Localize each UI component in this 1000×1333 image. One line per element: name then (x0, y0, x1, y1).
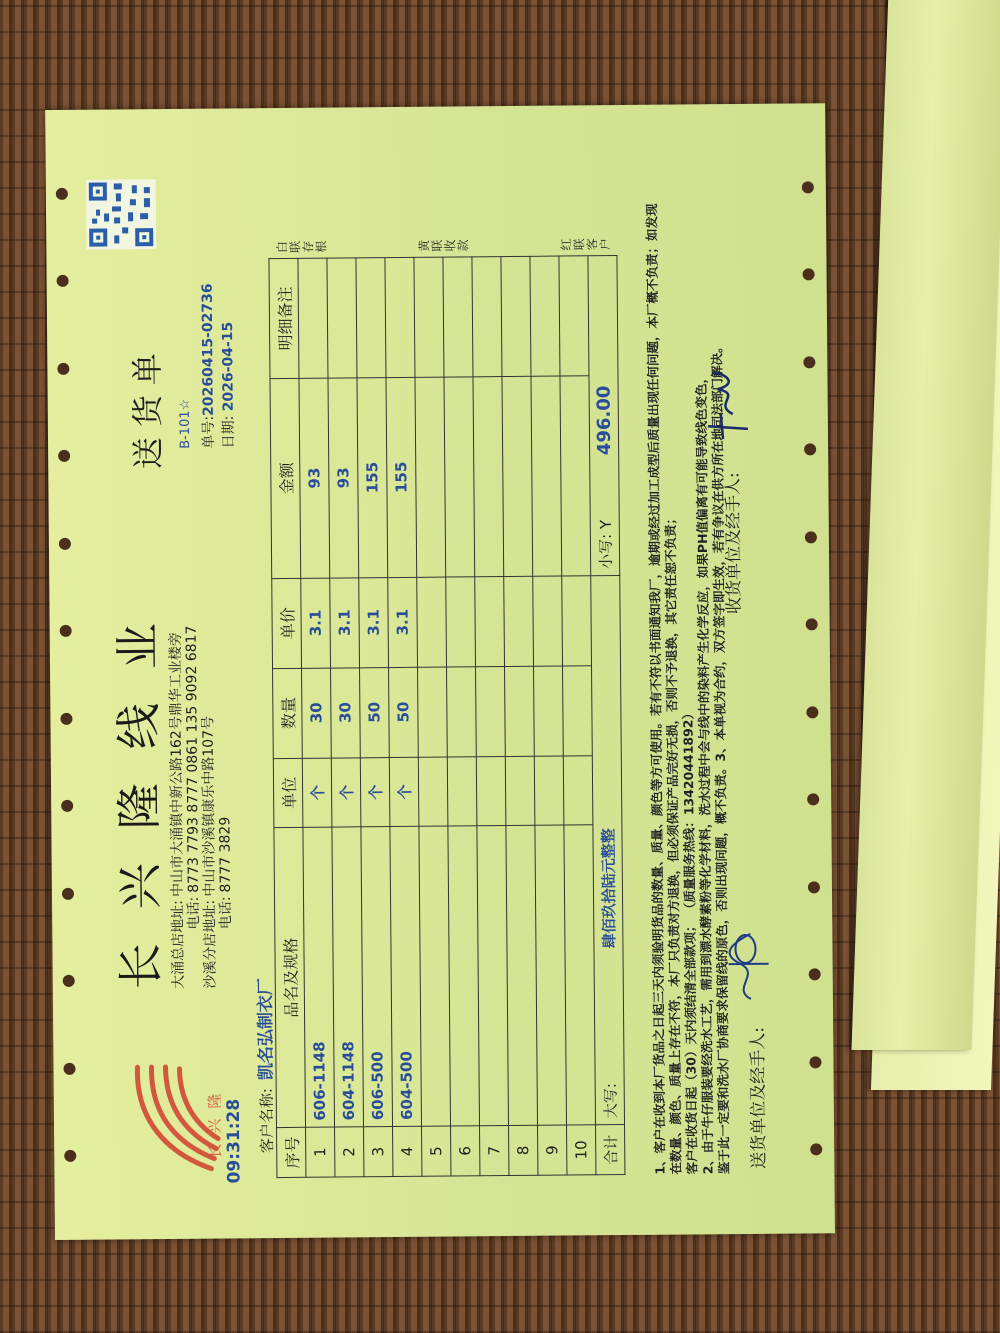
lowercase-total: 小写: Y 496.00 (588, 256, 620, 576)
col-header-price: 单价 (272, 578, 302, 668)
branch-office-phone: 电话:8777 3829 (217, 817, 234, 989)
uppercase-total: 大写: 肆佰玖拾陆元整整 (591, 575, 625, 1125)
order-date: 日期: 2026-04-15 (217, 322, 238, 449)
form-code: B-101☆ (178, 399, 193, 449)
tractor-holes-top (55, 110, 79, 1240)
total-label: 合计 (596, 1125, 625, 1175)
copy-label-white: 白联存根 (276, 235, 328, 253)
branch-office-address: 沙溪分店地址:中山市沙溪镇康乐中路107号 (200, 716, 218, 989)
col-header-unit: 单位 (273, 758, 303, 828)
sender-signature-icon (720, 924, 771, 1004)
sender-signature-label: 送货单位及经手人: (743, 1027, 769, 1169)
tractor-holes-bottom (801, 103, 825, 1233)
delivery-note: 长兴隆 09:31:28 长兴隆线业 送货单 大涌总店地址:中山市大涌镇中新公路… (45, 103, 835, 1240)
col-header-qty: 数量 (273, 668, 303, 758)
terms-and-conditions: 1、客户在收到本厂货品之日起三天内须验明货品的数量、质量、颜色等方可使用。若有不… (644, 194, 733, 1175)
print-time: 09:31:28 (224, 1099, 245, 1184)
col-header-name: 品名及规格 (274, 828, 306, 1128)
qr-code-icon (86, 179, 157, 250)
receiver-signature-icon (702, 364, 753, 444)
customer-name: 客户名称:凯名弘制衣厂 (251, 978, 278, 1153)
col-header-amount: 金额 (270, 378, 301, 578)
items-table: 序号 品名及规格 单位 数量 单价 金额 明细备注 1606-1148个303.… (268, 255, 625, 1178)
document-type: 送货单 (122, 343, 169, 469)
receiver-signature-label: 收货单位及经手人: (718, 472, 744, 614)
col-header-no: 序号 (277, 1127, 306, 1177)
copy-label-yellow: 黄联收款 (418, 233, 470, 251)
company-name: 长兴隆线业 (101, 589, 170, 990)
copy-label-red: 红联客户 (560, 232, 612, 250)
col-header-note: 明细备注 (269, 258, 299, 378)
copy-labels: 白联存根 黄联收款 红联客户 (276, 231, 702, 253)
logo-text: 长兴隆 (204, 1083, 226, 1158)
head-office-phone: 电话:8773 7793 8777 0861 135 9092 6817 (184, 626, 203, 989)
order-number: 单号:20260415-02736 (197, 283, 218, 448)
